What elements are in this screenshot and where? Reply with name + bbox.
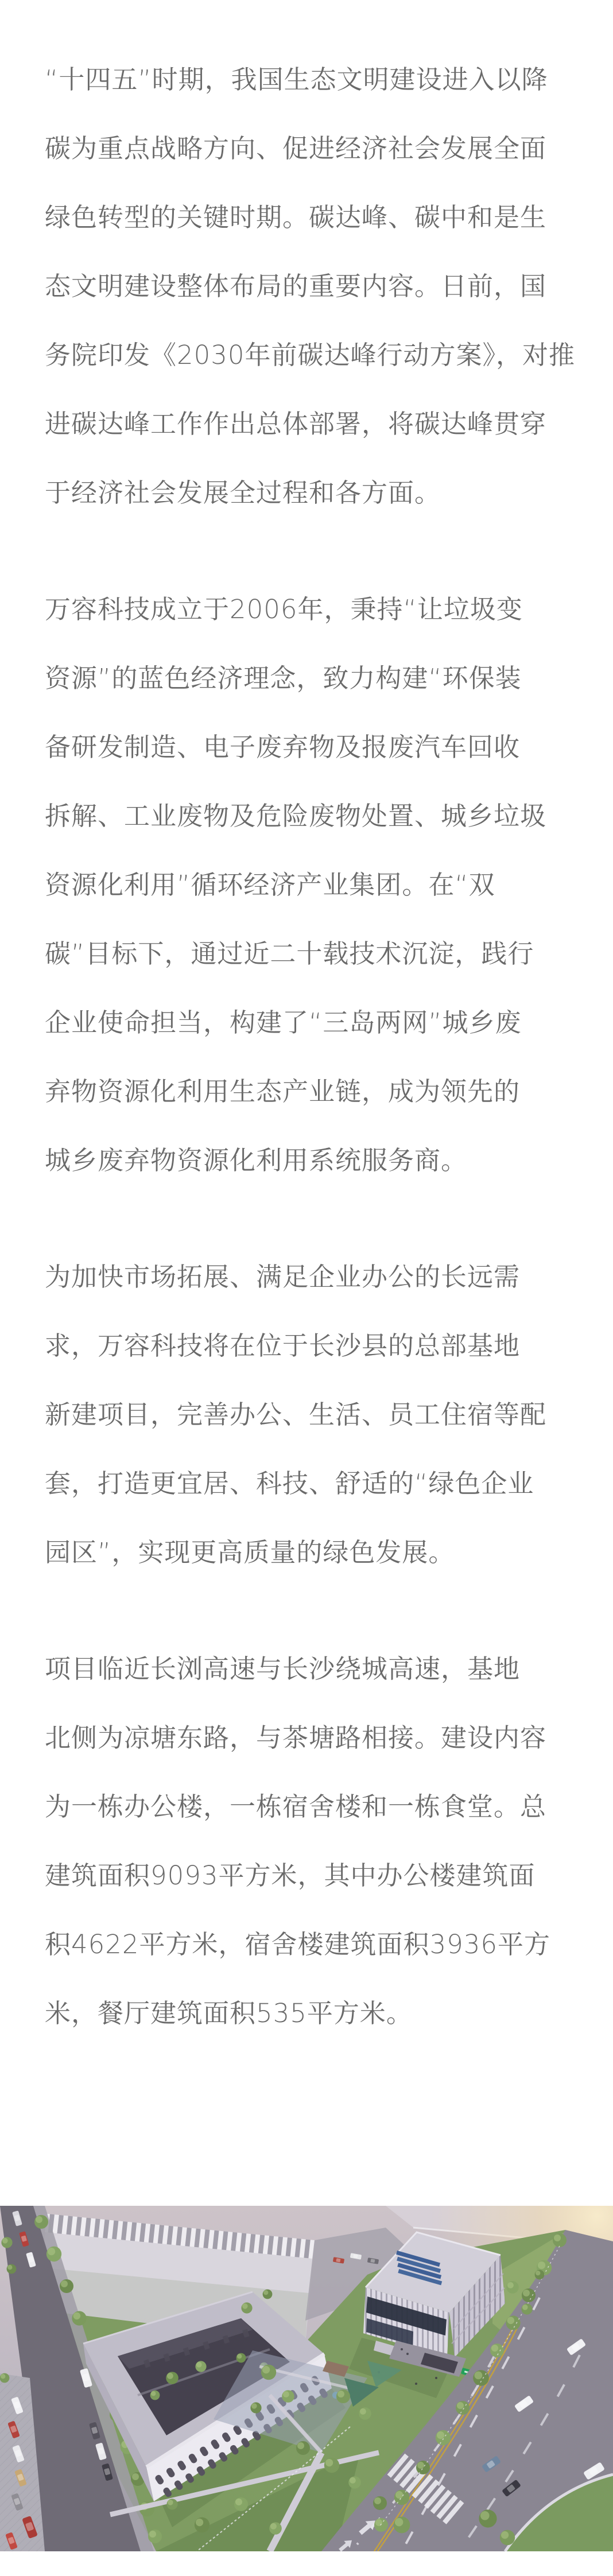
text-line: “十四五”时期，我国生态文明建设进入以降 bbox=[45, 45, 568, 114]
campus-rendering-image bbox=[0, 2206, 613, 2551]
text-line: 进碳达峰工作作出总体部署，将碳达峰贯穿 bbox=[45, 390, 568, 459]
text-line: 建筑面积9093平方米，其中办公楼建筑面 bbox=[45, 1841, 568, 1910]
text-line: 项目临近长浏高速与长沙绕城高速，基地 bbox=[45, 1635, 568, 1704]
article-body: “十四五”时期，我国生态文明建设进入以降 碳为重点战略方向、促进经济社会发展全面… bbox=[0, 0, 613, 2048]
text-line: 城乡废弃物资源化利用系统服务商。 bbox=[45, 1126, 568, 1195]
text-line: 资源”的蓝色经济理念，致力构建“环保装 bbox=[45, 644, 568, 713]
text-line: 资源化利用”循环经济产业集团。在“双 bbox=[45, 851, 568, 920]
text-line: 弃物资源化利用生态产业链，成为领先的 bbox=[45, 1057, 568, 1126]
page: “十四五”时期，我国生态文明建设进入以降 碳为重点战略方向、促进经济社会发展全面… bbox=[0, 0, 613, 2551]
text-line: 万容科技成立于2006年，秉持“让垃圾变 bbox=[45, 575, 568, 644]
text-line: 积4622平方米，宿舍楼建筑面积3936平方 bbox=[45, 1910, 568, 1979]
text-line: 园区”，实现更高质量的绿色发展。 bbox=[45, 1518, 568, 1587]
text-line: 态文明建设整体布局的重要内容。日前，国 bbox=[45, 252, 568, 321]
paragraph-2: 万容科技成立于2006年，秉持“让垃圾变 资源”的蓝色经济理念，致力构建“环保装… bbox=[45, 575, 568, 1195]
text-line: 为一栋办公楼，一栋宿舍楼和一栋食堂。总 bbox=[45, 1772, 568, 1841]
paragraph-4: 项目临近长浏高速与长沙绕城高速，基地 北侧为凉塘东路，与茶塘路相接。建设内容 为… bbox=[45, 1635, 568, 2048]
paragraph-1: “十四五”时期，我国生态文明建设进入以降 碳为重点战略方向、促进经济社会发展全面… bbox=[45, 45, 568, 527]
text-line: 拆解、工业废物及危险废物处置、城乡垃圾 bbox=[45, 782, 568, 851]
paragraph-3: 为加快市场拓展、满足企业办公的长远需 求，万容科技将在位于长沙县的总部基地 新建… bbox=[45, 1243, 568, 1587]
text-line: 求，万容科技将在位于长沙县的总部基地 bbox=[45, 1312, 568, 1380]
text-line: 碳为重点战略方向、促进经济社会发展全面 bbox=[45, 114, 568, 183]
text-line: 米，餐厅建筑面积535平方米。 bbox=[45, 1979, 568, 2048]
text-line: 于经济社会发展全过程和各方面。 bbox=[45, 459, 568, 527]
text-line: 企业使命担当，构建了“三岛两网”城乡废 bbox=[45, 988, 568, 1057]
text-line: 绿色转型的关键时期。碳达峰、碳中和是生 bbox=[45, 183, 568, 252]
text-line: 务院印发《2030年前碳达峰行动方案》，对推 bbox=[45, 321, 568, 390]
text-line: 碳”目标下，通过近二十载技术沉淀，践行 bbox=[45, 920, 568, 988]
text-line: 为加快市场拓展、满足企业办公的长远需 bbox=[45, 1243, 568, 1312]
text-line: 北侧为凉塘东路，与茶塘路相接。建设内容 bbox=[45, 1704, 568, 1772]
text-line: 套，打造更宜居、科技、舒适的“绿色企业 bbox=[45, 1449, 568, 1518]
text-line: 新建项目，完善办公、生活、员工住宿等配 bbox=[45, 1380, 568, 1449]
text-line: 备研发制造、电子废弃物及报废汽车回收 bbox=[45, 713, 568, 782]
